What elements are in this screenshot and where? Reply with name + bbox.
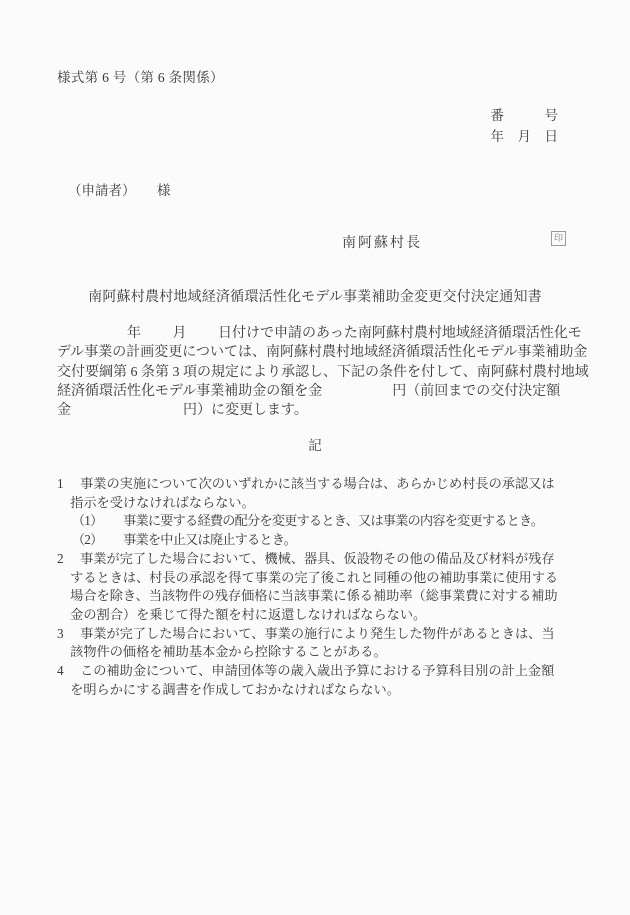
body-line: 経済循環活性化モデル事業補助金の額を金 円（前回までの交付決定額 — [57, 382, 602, 401]
condition-line: 金の割合）を乗じて得た額を村に返還しなければならない。 — [57, 606, 602, 625]
body-line: 交付要綱第 6 条第 3 項の規定により承認し、下記の条件を付して、南阿蘇村農村… — [57, 363, 602, 382]
condition-line: （1） 事業に要する経費の配分を変更するとき、又は事業の内容を変更するとき。 — [57, 512, 602, 531]
document-page: 様式第 6 号（第 6 条関係） 番 号 年 月 日 （申請者） 様 南阿蘇村長… — [0, 0, 630, 915]
condition-line: 指示を受けなければならない。 — [57, 494, 602, 513]
condition-line: 場合を除き、当該物件の残存価格に当該事業に係る補助率（総事業費に対する補助 — [57, 587, 602, 606]
sender-title: 南阿蘇村長 — [342, 232, 422, 252]
body-line: 金 円）に変更します。 — [57, 401, 602, 420]
condition-line: 該物件の価格を補助基本金から控除することがある。 — [57, 643, 602, 662]
addressee-honorific: 様 — [157, 179, 171, 199]
condition-line: 1 事業の実施について次のいずれかに該当する場合は、あらかじめ村長の承認又は — [57, 475, 602, 494]
condition-line: 3 事業が完了した場合において、事業の施行により発生した物件があるときは、当 — [57, 625, 602, 644]
seal-icon: 印 — [551, 231, 566, 246]
form-number: 様式第 6 号（第 6 条関係） — [57, 66, 224, 86]
body-line: デル事業の計画変更については、南阿蘇村農村地域経済循環活性化モデル事業補助金 — [57, 343, 602, 362]
reference-number-line: 番 号 — [491, 105, 559, 126]
addressee-label: （申請者） — [68, 179, 136, 199]
reference-block: 番 号 年 月 日 — [491, 105, 559, 147]
condition-line: を明らかにする調書を作成しておかなければならない。 — [57, 681, 602, 700]
conditions-list: 1 事業の実施について次のいずれかに該当する場合は、あらかじめ村長の承認又は 指… — [57, 475, 602, 699]
date-line: 年 月 日 — [491, 126, 559, 147]
record-marker: 記 — [0, 434, 630, 454]
condition-line: するときは、村長の承認を得て事業の完了後これと同種の他の補助事業に使用する — [57, 569, 602, 588]
condition-line: 2 事業が完了した場合において、機械、器具、仮設物その他の備品及び材料が残存 — [57, 550, 602, 569]
body-line: 年 月 日付けで申請のあった南阿蘇村農村地域経済循環活性化モ — [57, 324, 602, 343]
condition-line: 4 この補助金について、申請団体等の歳入歳出予算における予算科目別の計上金額 — [57, 662, 602, 681]
document-title: 南阿蘇村農村地域経済循環活性化モデル事業補助金変更交付決定通知書 — [0, 286, 630, 306]
body-paragraph: 年 月 日付けで申請のあった南阿蘇村農村地域経済循環活性化モ デル事業の計画変更… — [57, 324, 602, 420]
condition-line: （2） 事業を中止又は廃止するとき。 — [57, 531, 602, 550]
